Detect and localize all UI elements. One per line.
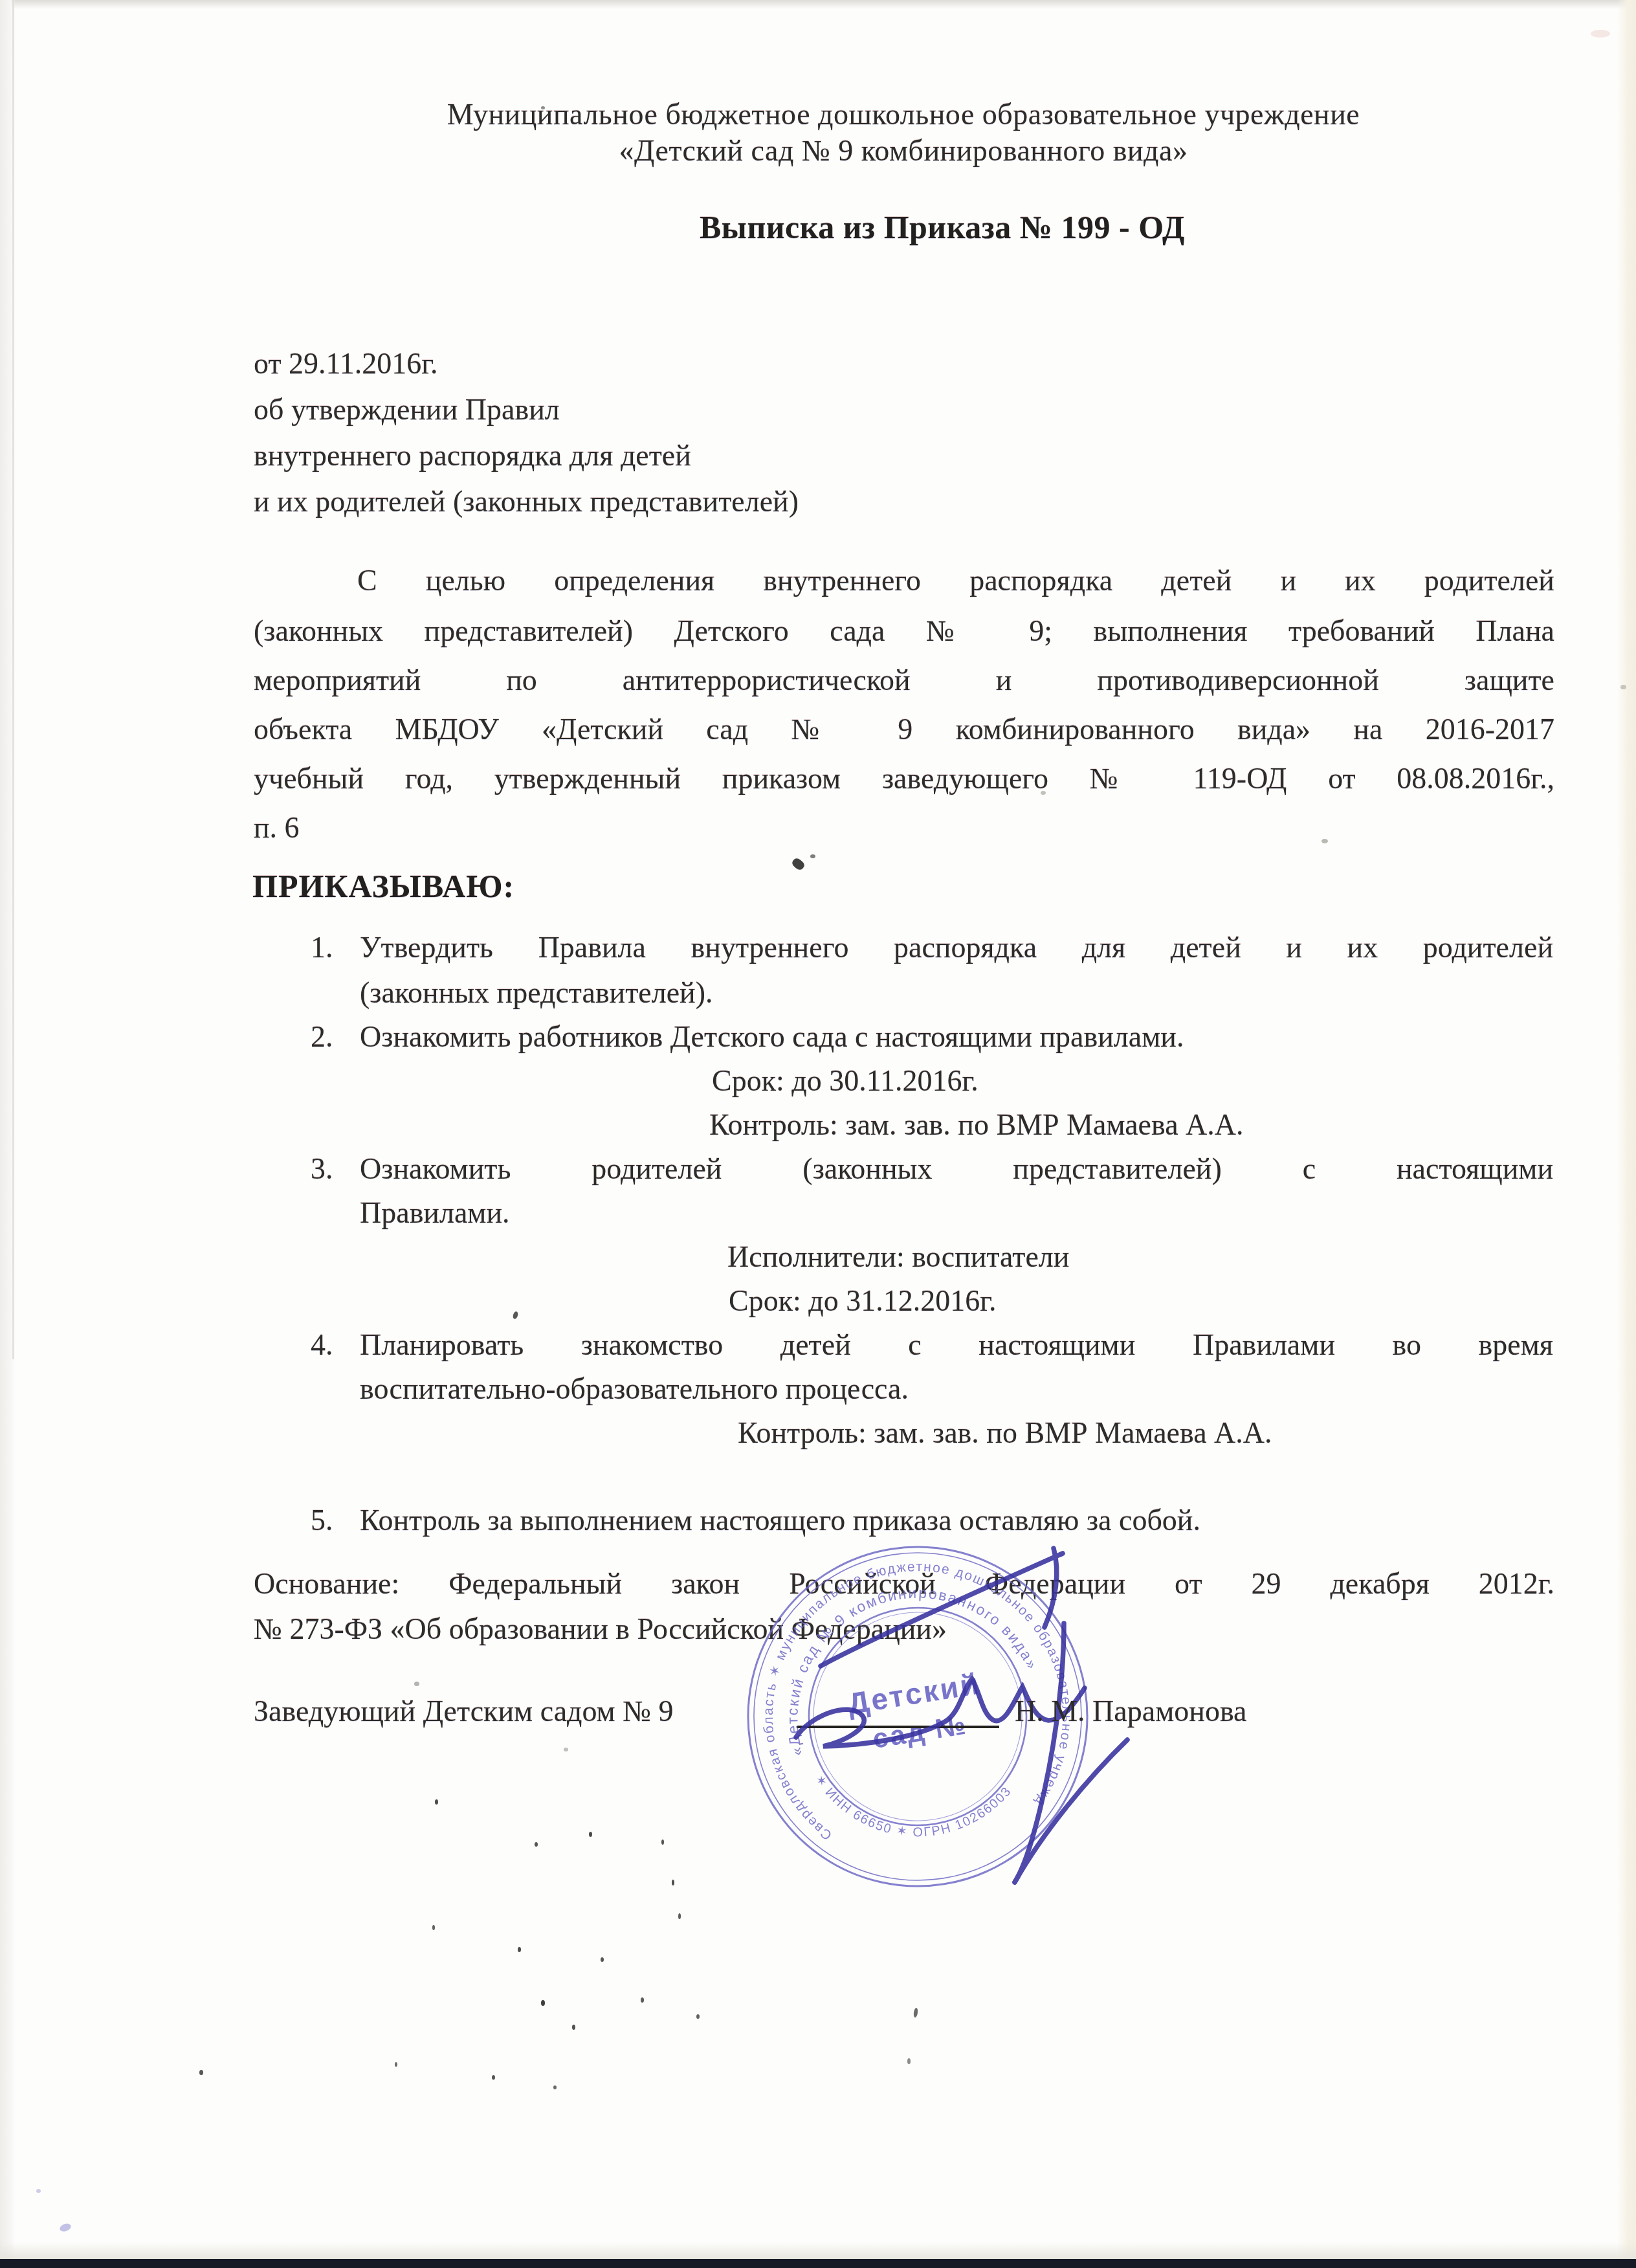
- scan-speck: [661, 1840, 664, 1845]
- signatory-role: Заведующий Детским садом № 9: [254, 1693, 674, 1730]
- scan-speck: [414, 1682, 419, 1686]
- control-line: Контроль: зам. зав. по ВМР Мамаева А.А.: [709, 1106, 1243, 1144]
- scan-speck: [672, 1880, 674, 1885]
- scan-speck: [395, 2062, 397, 2067]
- intro-line: (законных представителей) Детского сада …: [254, 612, 1554, 650]
- deadline-line: Срок: до 31.12.2016г.: [729, 1282, 996, 1320]
- list-item-number: 2.: [311, 1018, 333, 1056]
- scan-speck: [541, 106, 545, 109]
- scan-speck: [435, 1799, 438, 1805]
- list-item-line: Утвердить Правила внутреннего распорядка…: [360, 929, 1553, 966]
- intro-line: С целью определения внутреннего распоряд…: [254, 562, 1554, 599]
- scan-speck: [601, 1957, 604, 1962]
- signatory-name: Н. М. Парамонова: [1015, 1693, 1246, 1730]
- scan-speck: [589, 1832, 592, 1837]
- scan-speck: [572, 2025, 575, 2030]
- scan-edge-bottom-shade: [0, 2242, 1636, 2260]
- scan-smudge: [1591, 30, 1610, 38]
- scan-speck: [518, 1947, 521, 1952]
- list-item-line: Правилами.: [360, 1194, 1553, 1232]
- scan-speck: [907, 2058, 911, 2064]
- pen-mark: [791, 857, 806, 872]
- scan-speck: [1041, 791, 1046, 795]
- list-item-line: Планировать знакомство детей с настоящим…: [360, 1326, 1553, 1364]
- list-item-line: (законных представителей).: [360, 974, 1553, 1012]
- scan-edge-left-line: [12, 0, 14, 1359]
- intro-line: учебный год, утвержденный приказом завед…: [254, 760, 1554, 797]
- org-name-line-1: Муниципальное бюджетное дошкольное образ…: [254, 96, 1589, 133]
- scan-speck: [199, 2070, 203, 2075]
- order-subject-line-2: внутреннего распорядка для детей: [254, 437, 691, 474]
- document-title: Выписка из Приказа № 199 - ОД: [254, 208, 1592, 246]
- list-item-number: 5.: [311, 1502, 333, 1539]
- scan-speck: [564, 1748, 568, 1751]
- list-item-number: 3.: [311, 1150, 333, 1188]
- scan-speck: [553, 2085, 557, 2089]
- ink-smudge: [36, 2189, 41, 2193]
- scan-speck: [913, 2008, 918, 2018]
- scan-speck: [492, 2075, 495, 2080]
- scan-speck: [541, 2000, 545, 2006]
- decree-heading: ПРИКАЗЫВАЮ:: [252, 867, 514, 905]
- list-item-number: 4.: [311, 1326, 333, 1364]
- pen-mark: [512, 1311, 518, 1319]
- intro-line: мероприятий по антитеррористической и пр…: [254, 661, 1554, 699]
- intro-line: объекта МБДОУ «Детский сад № 9 комбиниро…: [254, 711, 1554, 748]
- list-item-number: 1.: [311, 929, 333, 966]
- scan-speck: [432, 1925, 435, 1930]
- scan-edge-right: [1617, 0, 1636, 2268]
- scan-speck: [1321, 839, 1328, 843]
- order-date-line: от 29.11.2016г.: [254, 345, 437, 383]
- scan-speck: [678, 1913, 681, 1919]
- list-item-line: воспитательно-образовательного процесса.: [360, 1370, 1553, 1408]
- scan-edge-top: [0, 0, 1636, 9]
- scan-speck: [696, 2014, 700, 2019]
- scan-speck: [641, 1997, 644, 2003]
- intro-line: п. 6: [254, 809, 1554, 847]
- list-item-line: Ознакомить работников Детского сада с на…: [360, 1018, 1553, 1056]
- deadline-line: Срок: до 30.11.2016г.: [712, 1062, 978, 1100]
- scanned-document-page: Муниципальное бюджетное дошкольное образ…: [0, 0, 1636, 2268]
- scan-speck: [1620, 685, 1626, 689]
- org-name-line-2: «Детский сад № 9 комбинированного вида»: [254, 132, 1589, 170]
- control-line: Контроль: зам. зав. по ВМР Мамаева А.А.: [738, 1414, 1272, 1452]
- order-subject-line-3: и их родителей (законных представителей): [254, 483, 799, 520]
- scan-speck: [810, 854, 815, 858]
- ink-smudge: [59, 2222, 72, 2232]
- order-subject-line-1: об утверждении Правил: [254, 391, 560, 428]
- list-item-line: Ознакомить родителей (законных представи…: [360, 1150, 1553, 1188]
- scan-edge-bottom-strip: [0, 2259, 1636, 2268]
- executors-line: Исполнители: воспитатели: [727, 1238, 1069, 1276]
- scan-speck: [535, 1842, 538, 1847]
